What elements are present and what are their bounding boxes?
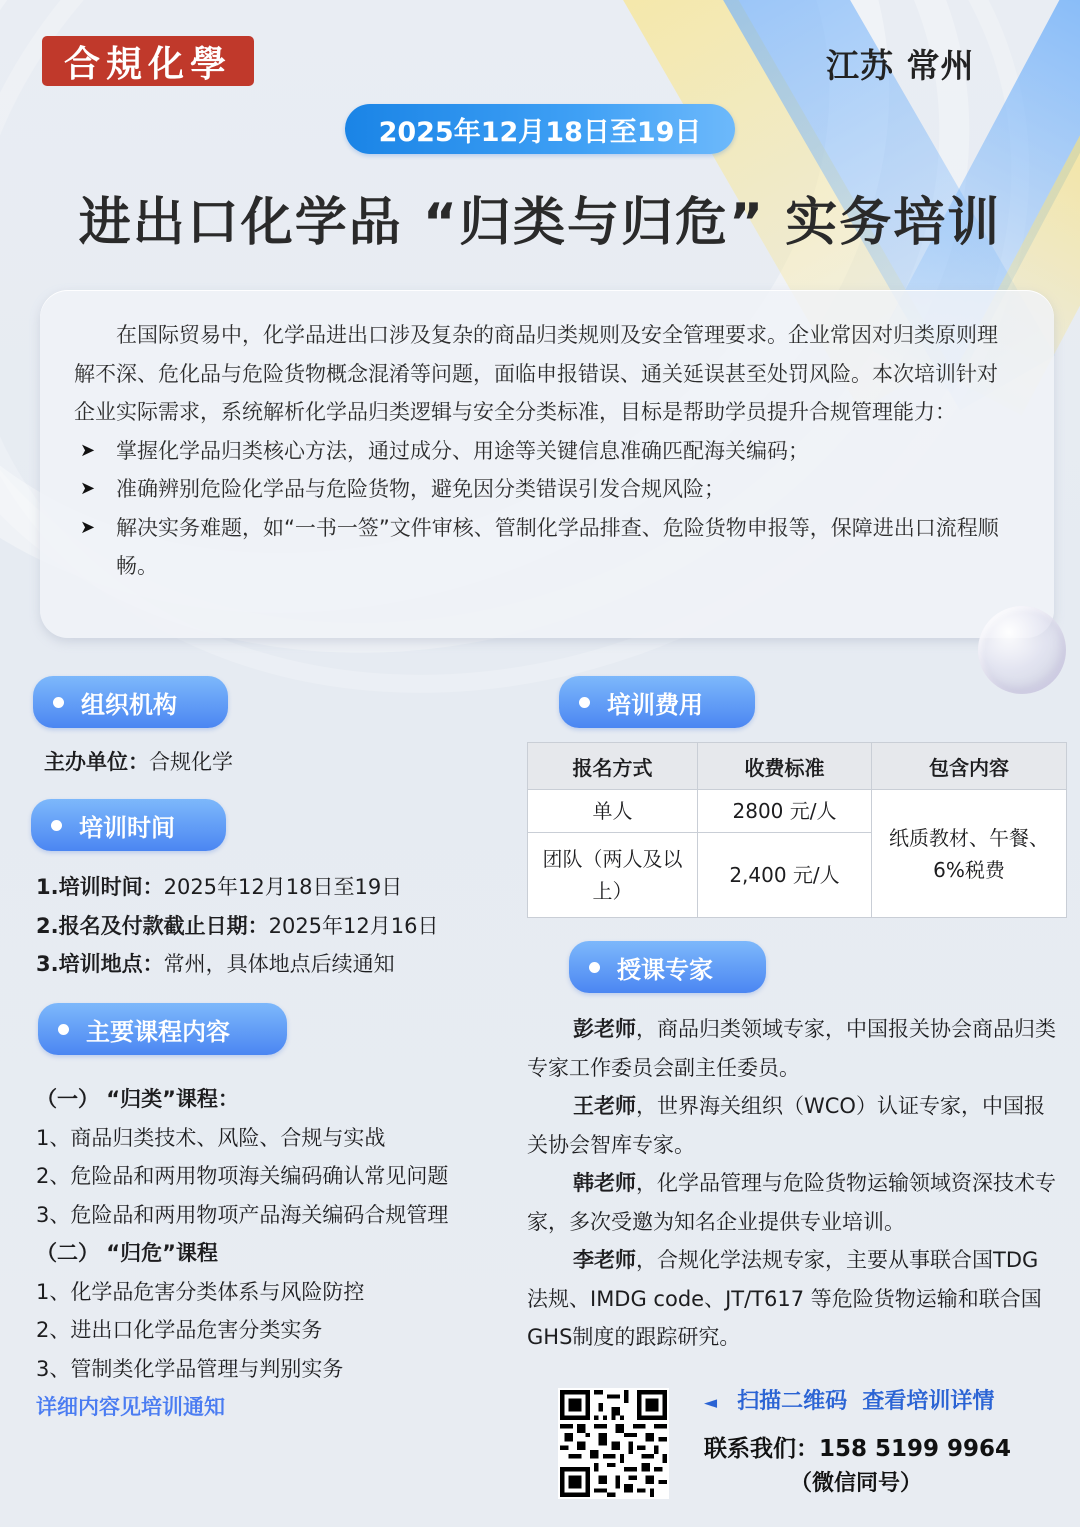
schedule-label: 3.培训地点： [36,952,164,976]
price: 2,400 元/人 [698,833,872,918]
section-header-fees: 培训费用 [559,676,755,728]
table-header-row: 报名方式 收费标准 包含内容 [528,743,1067,790]
registration-type: 单人 [528,790,698,833]
qr-code-icon [560,1390,667,1497]
section-header-schedule: 培训时间 [31,799,226,851]
intro-paragraph: 在国际贸易中，化学品进出口涉及复杂的商品归类规则及安全管理要求。企业常因对归类原… [74,316,1014,432]
intro-card: 在国际贸易中，化学品进出口涉及复杂的商品归类规则及安全管理要求。企业常因对归类原… [40,290,1054,638]
date-badge: 2025年12月18日至19日 [345,104,735,154]
glass-orb-decoration [978,606,1066,694]
expert-name: 韩老师 [573,1171,636,1195]
column-header: 收费标准 [698,743,872,790]
bullet-dot-icon [579,697,590,708]
bullet-dot-icon [58,1024,69,1035]
section-title: 培训费用 [607,685,703,720]
schedule-value: 2025年12月18日至19日 [164,875,403,899]
course-item: 2、危险品和两用物项海关编码确认常见问题 [36,1157,481,1196]
course-item: 1、商品归类技术、风险、合规与实战 [36,1119,481,1158]
fee-table: 报名方式 收费标准 包含内容 单人 2800 元/人 纸质教材、午餐、6%税费 … [527,742,1067,918]
bullet-dot-icon [53,697,64,708]
organizer-value: 合规化学 [149,750,233,774]
schedule-value: 常州，具体地点后续通知 [164,952,395,976]
goal-item: ➤ 解决实务难题，如“一书一签”文件审核、管制化学品排查、危险货物申报等，保障进… [74,509,1014,586]
course-group-title: （一） “归类”课程： [36,1080,481,1119]
goal-text: 解决实务难题，如“一书一签”文件审核、管制化学品排查、危险货物申报等，保障进出口… [116,516,999,579]
schedule-value: 2025年12月16日 [269,914,439,938]
arrow-bullet-icon: ➤ [80,432,95,471]
section-title: 组织机构 [81,685,177,720]
expert-name: 王老师 [573,1094,636,1118]
bullet-dot-icon [51,820,62,831]
goal-text: 掌握化学品归类核心方法，通过成分、用途等关键信息准确匹配海关编码； [116,439,809,463]
course-item: 1、化学品危害分类体系与风险防控 [36,1273,481,1312]
phone-number[interactable]: 158 5199 9964 [819,1436,1011,1462]
expert-item: 李老师，合规化学法规专家，主要从事联合国TDG 法规、IMDG code、JT/… [527,1241,1062,1357]
section-header-organizer: 组织机构 [33,676,228,728]
pointer-left-icon: ◄ [704,1393,717,1413]
wechat-note: （微信同号） [790,1466,922,1497]
brand-logo: 合規化學 [42,36,254,86]
expert-item: 彭老师，商品归类领域专家，中国报关协会商品归类专家工作委员会副主任委员。 [527,1010,1062,1087]
details-link[interactable]: 详细内容见培训通知 [36,1388,481,1427]
section-title: 主要课程内容 [86,1012,230,1047]
schedule-label: 2.报名及付款截止日期： [36,914,269,938]
schedule-item: 3.培训地点：常州，具体地点后续通知 [36,945,438,984]
qr-code[interactable] [558,1388,669,1499]
expert-name: 彭老师 [573,1017,636,1041]
expert-item: 韩老师，化学品管理与危险货物运输领域资深技术专家，多次受邀为知名企业提供专业培训… [527,1164,1062,1241]
schedule-label: 1.培训时间： [36,875,164,899]
organizer-info: 主办单位：合规化学 [44,746,233,776]
arrow-bullet-icon: ➤ [80,509,95,548]
event-location: 江苏 常州 [826,40,975,87]
section-header-experts: 授课专家 [569,941,766,993]
expert-name: 李老师 [573,1248,636,1272]
expert-item: 王老师，世界海关组织（WCO）认证专家，中国报关协会智库专家。 [527,1087,1062,1164]
column-header: 报名方式 [528,743,698,790]
bullet-dot-icon [589,962,600,973]
section-header-courses: 主要课程内容 [38,1003,287,1055]
course-item: 3、危险品和两用物项产品海关编码合规管理 [36,1196,481,1235]
schedule-item: 1.培训时间：2025年12月18日至19日 [36,868,438,907]
fee-includes: 纸质教材、午餐、6%税费 [872,790,1067,918]
arrow-bullet-icon: ➤ [80,470,95,509]
page-title: 进出口化学品 “归类与归危” 实务培训 [0,180,1080,255]
contact-info: 联系我们：158 5199 9964 [704,1430,1011,1463]
goal-list: ➤ 掌握化学品归类核心方法，通过成分、用途等关键信息准确匹配海关编码； ➤ 准确… [74,432,1014,586]
expert-list: 彭老师，商品归类领域专家，中国报关协会商品归类专家工作委员会副主任委员。 王老师… [527,1010,1062,1357]
schedule-list: 1.培训时间：2025年12月18日至19日 2.报名及付款截止日期：2025年… [36,868,438,984]
course-item: 3、管制类化学品管理与判别实务 [36,1350,481,1389]
section-title: 授课专家 [617,950,713,985]
goal-item: ➤ 掌握化学品归类核心方法，通过成分、用途等关键信息准确匹配海关编码； [74,432,1014,471]
organizer-label: 主办单位： [44,750,149,774]
goal-item: ➤ 准确辨别危险化学品与危险货物，避免因分类错误引发合规风险； [74,470,1014,509]
section-title: 培训时间 [79,808,175,843]
registration-type: 团队（两人及以上） [528,833,698,918]
table-row: 单人 2800 元/人 纸质教材、午餐、6%税费 [528,790,1067,833]
goal-text: 准确辨别危险化学品与危险货物，避免因分类错误引发合规风险； [116,477,725,501]
column-header: 包含内容 [872,743,1067,790]
contact-label: 联系我们： [704,1436,819,1462]
scan-text: 扫描二维码 查看培训详情 [737,1389,994,1414]
scan-qr-prompt: ◄扫描二维码 查看培训详情 [704,1384,994,1415]
course-group-title: （二） “归危”课程 [36,1234,481,1273]
price: 2800 元/人 [698,790,872,833]
schedule-item: 2.报名及付款截止日期：2025年12月16日 [36,907,438,946]
course-list: （一） “归类”课程： 1、商品归类技术、风险、合规与实战 2、危险品和两用物项… [36,1080,481,1427]
course-item: 2、进出口化学品危害分类实务 [36,1311,481,1350]
